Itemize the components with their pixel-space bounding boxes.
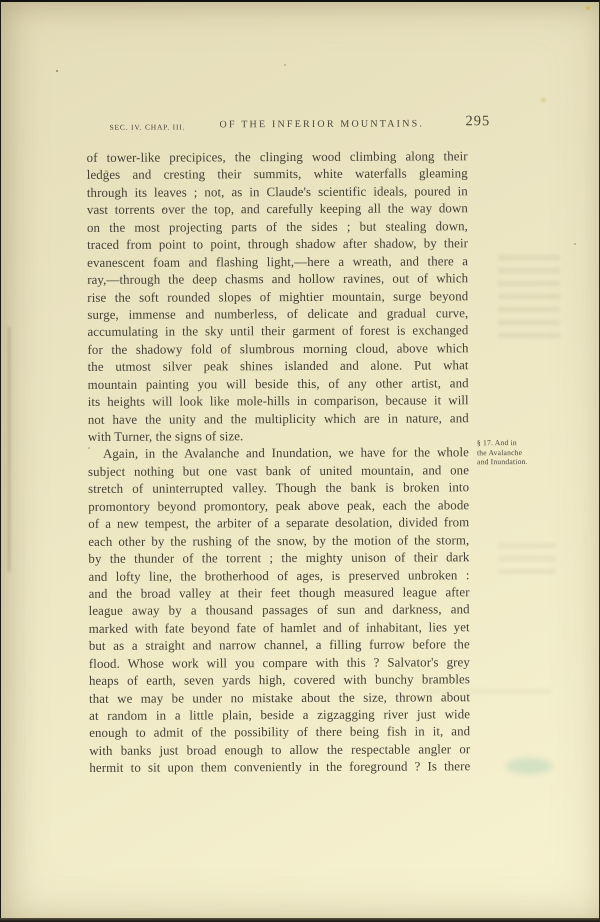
paper-speck [586,6,590,10]
text-line: mountain painting you will beside this, … [88,375,469,394]
text-line: vast torrents over the top, and carefull… [87,201,468,220]
text-line: of a new tempest, the arbiter of a separ… [88,514,469,533]
text-line: evanescent foam and flashing light,—here… [87,253,468,272]
text-line: flood. Whose work will you compare with … [89,654,470,673]
paper-speck [541,98,546,102]
paper-speck [574,243,576,245]
text-line: Again, in the Avalanche and Inundation, … [88,445,469,464]
scan-edge [0,0,1,922]
book-page-scan: SEC. IV. CHAP. III. OF THE INFERIOR MOUN… [1,2,599,918]
running-title: OF THE INFERIOR MOUNTAINS. [219,118,424,130]
text-line: marked with fate beyond fate of hamlet a… [89,619,470,638]
text-line: stretch of uninterrupted valley. Though … [88,480,469,499]
text-line: on the most projecting parts of the side… [87,218,468,237]
text-line: by the thunder of the torrent ; the migh… [88,549,469,568]
paper-speck [105,170,108,172]
text-line: league away by a thousand passages of su… [89,602,470,621]
text-line: each other by the rushing of the snow, b… [88,532,469,551]
text-line: through its leaves ; not, as in Claude's… [87,183,468,202]
page-body-text: of tower-like precipices, the clinging w… [87,148,471,777]
text-line: and lofty line, the brotherhood of ages,… [88,567,469,586]
text-line: rise the soft rounded slopes of mightier… [87,288,468,307]
page-number: 295 [465,113,490,130]
text-line: its heights will look like mole-hills in… [88,392,469,411]
text-line: the utmost silver peak shines islanded a… [88,358,469,377]
margin-note-line: § 17. And in [477,438,545,448]
scan-edge [0,0,600,2]
text-line: traced from point to point, through shad… [87,235,468,254]
text-line: not have the unity and the multiplicity … [88,410,469,429]
margin-note: § 17. And inthe Avalancheand Inundation. [477,438,545,467]
text-line: accumulating in the sky until their garm… [87,323,468,342]
text-line: surge, immense and numberless, of delica… [87,305,468,324]
text-line: ledges and cresting their summits, white… [87,166,468,185]
text-line: and the broad valley at their feet thoug… [89,584,470,603]
text-line: with banks just broad enough to allow th… [89,741,470,760]
paper-speck [56,70,58,72]
paper-speck [284,64,286,66]
text-line: promontory beyond promontory, peak above… [88,497,469,516]
text-line: with Turner, the signs of size. [88,427,469,446]
margin-note-line: and Inundation. [477,457,545,467]
text-line: subject nothing but one vast bank of uni… [88,462,469,481]
text-line: but as a straight and narrow channel, a … [89,637,470,656]
text-line: of tower-like precipices, the clinging w… [87,148,468,167]
section-chapter-label: SEC. IV. CHAP. III. [110,123,186,132]
margin-note-line: the Avalanche [477,448,545,458]
page-content: SEC. IV. CHAP. III. OF THE INFERIOR MOUN… [0,1,600,922]
text-line: hermit to sit upon them conveniently in … [89,759,470,778]
paper-speck [88,447,90,449]
text-line: that we may be under no mistake about th… [89,689,470,708]
text-line: enough to admit of the possibility of th… [89,724,470,743]
page-crease [8,327,10,572]
text-line: for the shadowy fold of slumbrous mornin… [87,340,468,359]
scan-edge [0,918,600,922]
text-line: ray,—through the deep chasms and hollow … [87,270,468,289]
text-line: heaps of earth, seven yards high, covere… [89,671,470,690]
paper-speck [163,208,165,210]
text-line: at random in a little plain, beside a zi… [89,706,470,725]
scan-smudge-artifact [506,758,552,774]
